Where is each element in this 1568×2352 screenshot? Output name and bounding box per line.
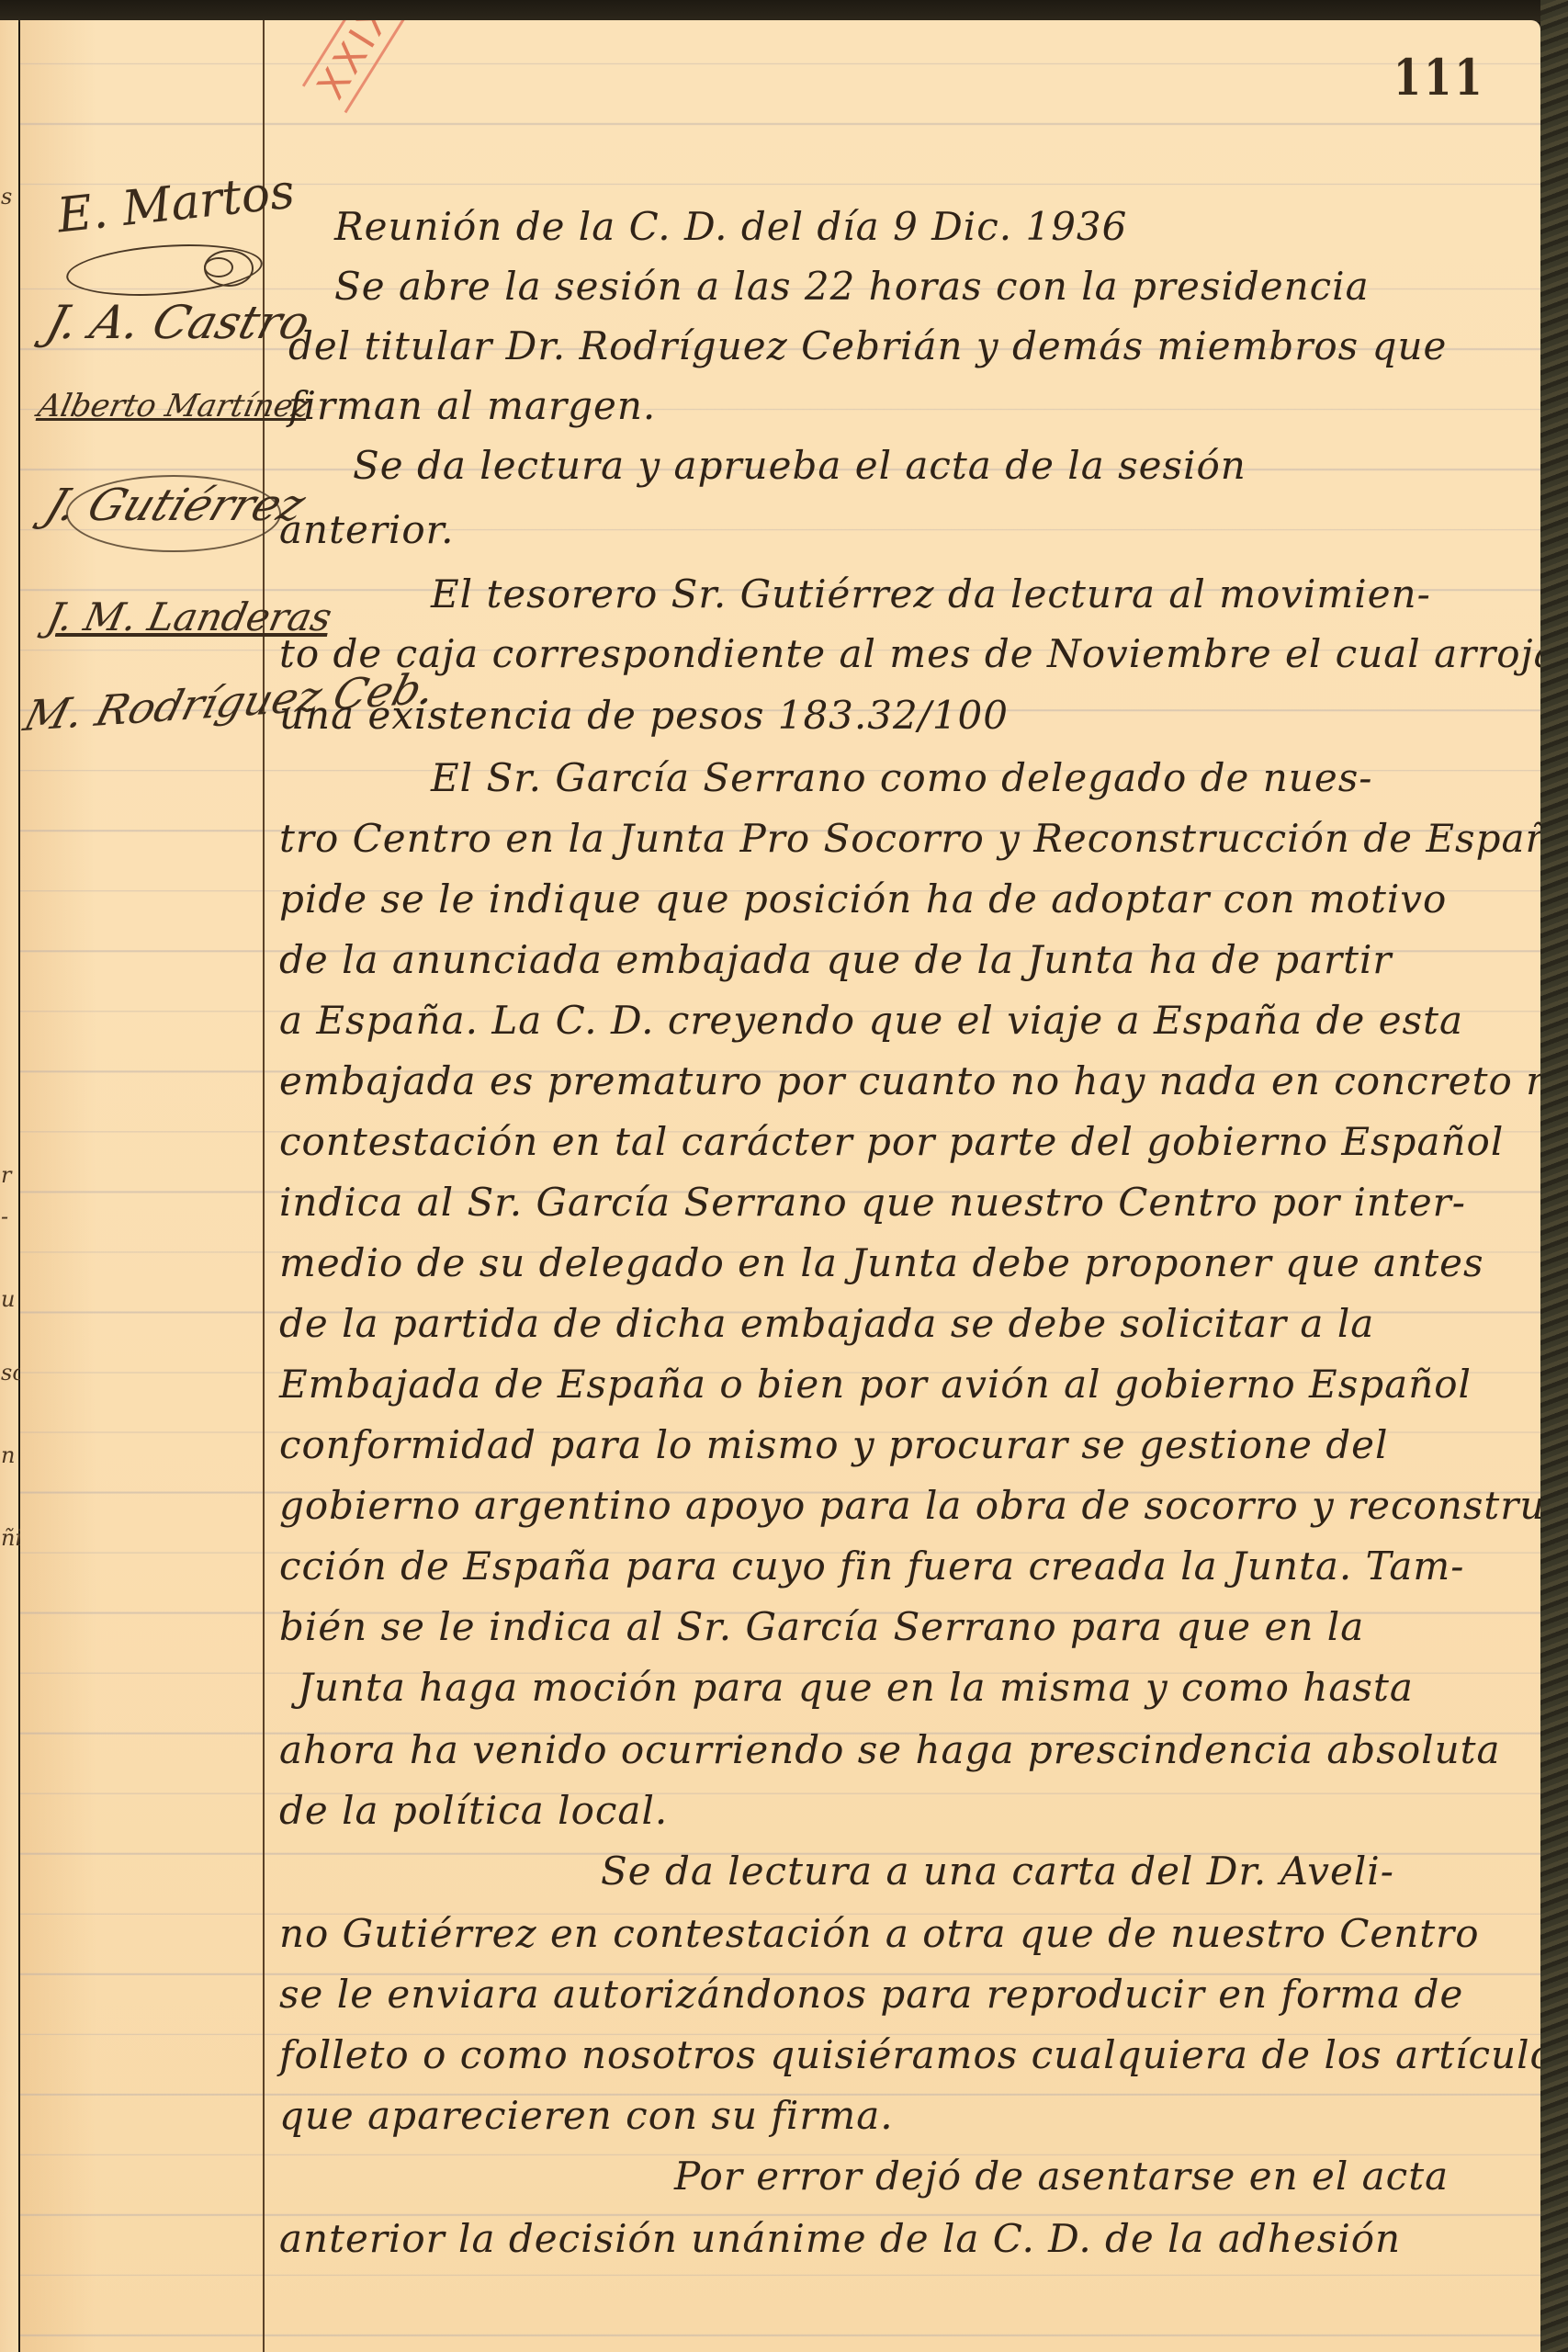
text-line: gobierno argentino apoyo para la obra de… <box>279 1483 1540 1528</box>
text-line: tro Centro en la Junta Pro Socorro y Rec… <box>279 816 1540 861</box>
text-line: ahora ha venido ocurriendo se haga presc… <box>279 1727 1501 1772</box>
text-line: una existencia de pesos 183.32/100 <box>279 693 1009 738</box>
margin-signatures: E. Martos J. A. Castro Alberto Martínez … <box>29 158 277 801</box>
text-line: firman al margen. <box>288 383 656 428</box>
text-line: a España. La C. D. creyendo que el viaje… <box>279 998 1463 1043</box>
text-line: indica al Sr. García Serrano que nuestro… <box>279 1180 1466 1225</box>
book-cover-right-edge <box>1540 0 1568 2352</box>
facing-fragment: ñi <box>1 1525 22 1551</box>
text-line: del titular Dr. Rodríguez Cebrián y demá… <box>288 323 1447 368</box>
text-line: de la política local. <box>279 1788 668 1833</box>
entry-title: Reunión de la C. D. del día 9 Dic. 1936 <box>334 204 1127 249</box>
text-line: anterior la decisión unánime de la C. D.… <box>279 2216 1401 2261</box>
text-line: Por error dejó de asentarse en el acta <box>674 2154 1449 2199</box>
text-line: Junta haga moción para que en la misma y… <box>298 1665 1414 1710</box>
text-line: folleto o como nosotros quisiéramos cual… <box>279 2032 1540 2077</box>
text-line: conformidad para lo mismo y procurar se … <box>279 1422 1388 1467</box>
text-line: Se da lectura a una carta del Dr. Aveli- <box>601 1849 1394 1894</box>
text-line: no Gutiérrez en contestación a otra que … <box>279 1911 1480 1956</box>
text-line: pide se le indique que posición ha de ad… <box>279 876 1447 922</box>
text-line: to de caja correspondiente al mes de Nov… <box>279 631 1540 676</box>
signature-flourish <box>204 257 233 277</box>
text-line: anterior. <box>279 507 454 552</box>
text-line: bién se le indica al Sr. García Serrano … <box>279 1604 1364 1649</box>
text-line: embajada es prematuro por cuanto no hay … <box>279 1058 1540 1103</box>
ledger-page: 111 XXIX E. Martos J. A. Castro Alberto … <box>20 20 1540 2352</box>
text-line: medio de su delegado en la Junta debe pr… <box>279 1240 1484 1285</box>
text-line: Embajada de España o bien por avión al g… <box>279 1362 1472 1407</box>
text-line: El Sr. García Serrano como delegado de n… <box>431 755 1372 800</box>
text-line: de la partida de dicha embajada se debe … <box>279 1301 1374 1346</box>
facing-fragment: r <box>1 1162 11 1188</box>
text-line: contestación en tal carácter por parte d… <box>279 1119 1504 1164</box>
facing-fragment: u <box>1 1286 15 1312</box>
text-line: que aparecieren con su firma. <box>279 2093 894 2138</box>
facing-fragment: s <box>1 184 12 209</box>
facing-fragment: - <box>1 1204 8 1229</box>
minutes-text: Reunión de la C. D. del día 9 Dic. 1936 … <box>270 20 1529 2352</box>
ledger-book: s r - u so n ñi 111 XXIX E. Martos J. A.… <box>0 0 1568 2352</box>
text-line: de la anunciada embajada que de la Junta… <box>279 937 1393 982</box>
text-line: Se abre la sesión a las 22 horas con la … <box>334 264 1370 309</box>
signature: E. Martos <box>55 164 298 244</box>
text-line: Se da lectura y aprueba el acta de la se… <box>353 443 1247 488</box>
book-cover-top-edge <box>0 0 1568 22</box>
facing-page-text-fragments: s r - u so n ñi <box>0 0 18 2352</box>
text-line: cción de España para cuyo fin fuera crea… <box>279 1543 1464 1589</box>
text-line: El tesorero Sr. Gutiérrez da lectura al … <box>431 571 1431 616</box>
text-line: se le enviara autorizándonos para reprod… <box>279 1972 1463 2017</box>
facing-fragment: n <box>1 1442 15 1468</box>
